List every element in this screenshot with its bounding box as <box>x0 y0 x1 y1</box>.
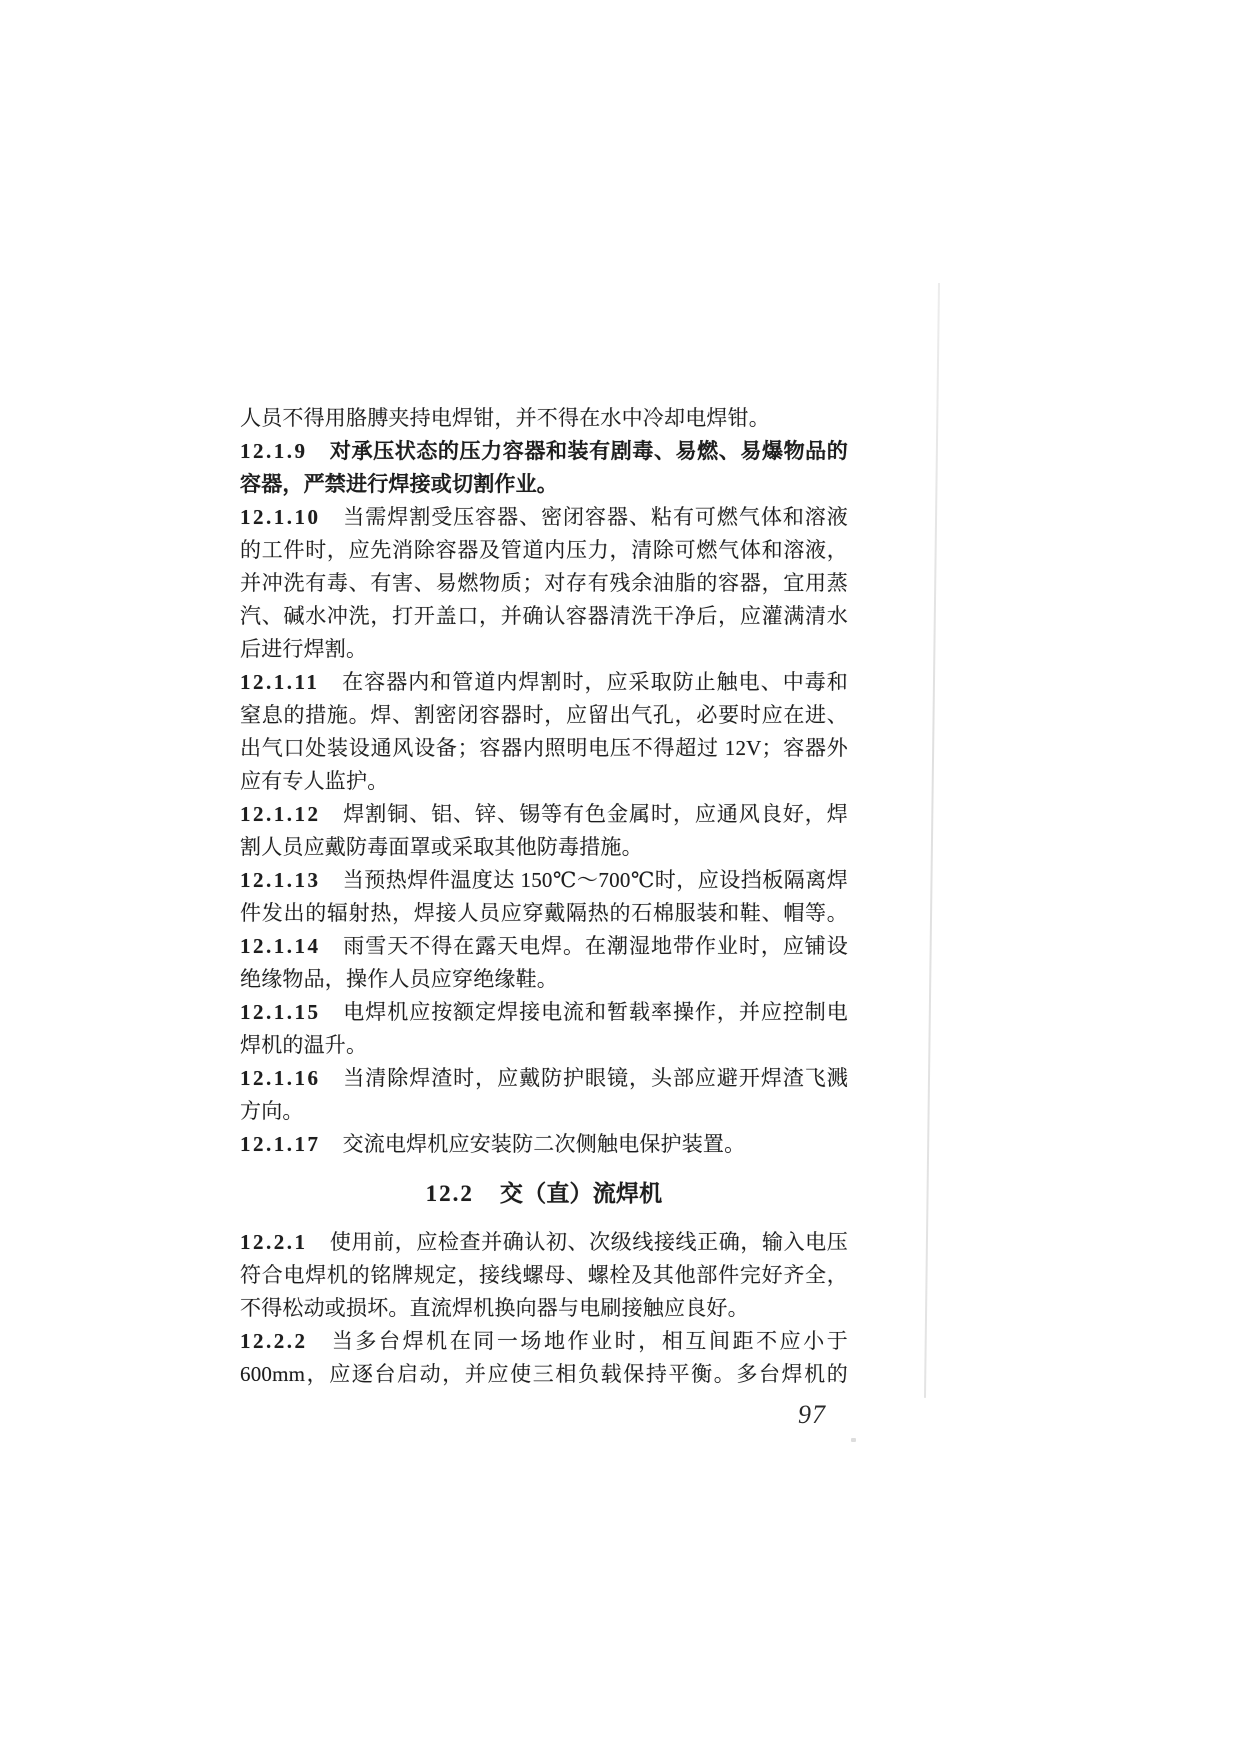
text-line: 不得松动或损坏。直流焊机换向器与电刷接触应良好。 <box>240 1292 848 1325</box>
text-line: 容器，严禁进行焊接或切割作业。 <box>240 468 848 501</box>
clause-number: 12.1.16 <box>240 1066 321 1090</box>
page-number: 97 <box>798 1400 858 1430</box>
clause-number: 12.2.2 <box>240 1329 308 1353</box>
line-text: 绝缘物品，操作人员应穿绝缘鞋。 <box>240 967 558 991</box>
clause-number: 12.1.12 <box>240 802 321 826</box>
text-line: 焊机的温升。 <box>240 1029 848 1062</box>
line-text: 当清除焊渣时，应戴防护眼镜，头部应避开焊渣飞溅 <box>343 1066 849 1090</box>
text-line: 方向。 <box>240 1095 848 1128</box>
line-text: 焊机的温升。 <box>240 1033 367 1057</box>
text-line: 600mm，应逐台启动，并应使三相负载保持平衡。多台焊机的 <box>240 1358 848 1391</box>
text-block: 人员不得用胳膊夹持电焊钳，并不得在水中冷却电焊钳。12.1.9对承压状态的压力容… <box>240 402 848 1391</box>
clause-number: 12.2.1 <box>240 1230 308 1254</box>
line-text: 窒息的措施。焊、割密闭容器时，应留出气孔，必要时应在进、 <box>240 703 848 727</box>
line-text: 人员不得用胳膊夹持电焊钳，并不得在水中冷却电焊钳。 <box>240 406 770 430</box>
line-text: 不得松动或损坏。直流焊机换向器与电刷接触应良好。 <box>240 1296 749 1320</box>
line-text: 雨雪天不得在露天电焊。在潮湿地带作业时，应铺设 <box>343 934 849 958</box>
line-text: 容器，严禁进行焊接或切割作业。 <box>240 472 558 496</box>
clause-number: 12.1.17 <box>240 1132 321 1156</box>
clause-line: 12.2.2当多台焊机在同一场地作业时，相互间距不应小于 <box>240 1325 848 1358</box>
text-line: 并冲洗有毒、有害、易燃物质；对存有残余油脂的容器，宜用蒸 <box>240 567 848 600</box>
text-line: 绝缘物品，操作人员应穿绝缘鞋。 <box>240 963 848 996</box>
clause-line: 12.1.11在容器内和管道内焊割时，应采取防止触电、中毒和 <box>240 666 848 699</box>
line-text: 对承压状态的压力容器和装有剧毒、易燃、易爆物品的 <box>330 439 849 463</box>
clause-number: 12.1.13 <box>240 868 321 892</box>
clause-line: 12.2.1使用前，应检查并确认初、次级线接线正确，输入电压 <box>240 1226 848 1259</box>
clause-number: 12.1.11 <box>240 670 319 694</box>
line-text: 交（直）流焊机 <box>500 1181 662 1206</box>
text-line: 窒息的措施。焊、割密闭容器时，应留出气孔，必要时应在进、 <box>240 699 848 732</box>
clause-number: 12.1.10 <box>240 505 321 529</box>
line-text: 符合电焊机的铭牌规定，接线螺母、螺栓及其他部件完好齐全， <box>240 1263 848 1287</box>
line-text: 在容器内和管道内焊割时，应采取防止触电、中毒和 <box>341 670 848 694</box>
text-line: 应有专人监护。 <box>240 765 848 798</box>
line-text: 电焊机应按额定焊接电流和暂载率操作，并应控制电 <box>343 1000 849 1024</box>
clause-line: 12.1.15电焊机应按额定焊接电流和暂载率操作，并应控制电 <box>240 996 848 1029</box>
text-line: 符合电焊机的铭牌规定，接线螺母、螺栓及其他部件完好齐全， <box>240 1259 848 1292</box>
line-text: 当预热焊件温度达 150℃～700℃时，应设挡板隔离焊 <box>343 868 849 892</box>
clause-line: 12.1.17交流电焊机应安装防二次侧触电保护装置。 <box>240 1128 848 1161</box>
clause-number: 12.1.9 <box>240 439 308 463</box>
line-text: 出气口处装设通风设备；容器内照明电压不得超过 12V；容器外 <box>240 736 848 760</box>
line-text: 焊割铜、铝、锌、锡等有色金属时，应通风良好，焊 <box>343 802 849 826</box>
line-text: 交流电焊机应安装防二次侧触电保护装置。 <box>343 1132 746 1156</box>
line-text: 后进行焊割。 <box>240 637 367 661</box>
clause-line: 12.1.14雨雪天不得在露天电焊。在潮湿地带作业时，应铺设 <box>240 930 848 963</box>
line-text: 的工件时，应先消除容器及管道内压力，清除可燃气体和溶液， <box>240 538 848 562</box>
scan-artifact-speck <box>851 1438 856 1442</box>
clause-number: 12.2 <box>426 1181 474 1206</box>
line-text: 应有专人监护。 <box>240 769 388 793</box>
text-line: 人员不得用胳膊夹持电焊钳，并不得在水中冷却电焊钳。 <box>240 402 848 435</box>
line-text: 件发出的辐射热，焊接人员应穿戴隔热的石棉服装和鞋、帽等。 <box>240 901 848 925</box>
text-line: 割人员应戴防毒面罩或采取其他防毒措施。 <box>240 831 848 864</box>
line-text: 当多台焊机在同一场地作业时，相互间距不应小于 <box>330 1329 849 1353</box>
line-text: 汽、碱水冲洗，打开盖口，并确认容器清洗干净后，应灌满清水 <box>240 604 848 628</box>
text-line: 的工件时，应先消除容器及管道内压力，清除可燃气体和溶液， <box>240 534 848 567</box>
clause-number: 12.1.15 <box>240 1000 321 1024</box>
line-text: 使用前，应检查并确认初、次级线接线正确，输入电压 <box>330 1230 849 1254</box>
line-text: 当需焊割受压容器、密闭容器、粘有可燃气体和溶液 <box>343 505 849 529</box>
clause-line: 12.1.13当预热焊件温度达 150℃～700℃时，应设挡板隔离焊 <box>240 864 848 897</box>
document-page: 人员不得用胳膊夹持电焊钳，并不得在水中冷却电焊钳。12.1.9对承压状态的压力容… <box>0 0 1240 1754</box>
text-line: 件发出的辐射热，焊接人员应穿戴隔热的石棉服装和鞋、帽等。 <box>240 897 848 930</box>
line-text: 600mm，应逐台启动，并应使三相负载保持平衡。多台焊机的 <box>240 1362 848 1386</box>
line-text: 方向。 <box>240 1099 304 1123</box>
line-text: 割人员应戴防毒面罩或采取其他防毒措施。 <box>240 835 643 859</box>
text-line: 出气口处装设通风设备；容器内照明电压不得超过 12V；容器外 <box>240 732 848 765</box>
line-text: 并冲洗有毒、有害、易燃物质；对存有残余油脂的容器，宜用蒸 <box>240 571 848 595</box>
text-line: 后进行焊割。 <box>240 633 848 666</box>
clause-line: 12.1.10当需焊割受压容器、密闭容器、粘有可燃气体和溶液 <box>240 501 848 534</box>
clause-line: 12.1.16当清除焊渣时，应戴防护眼镜，头部应避开焊渣飞溅 <box>240 1062 848 1095</box>
clause-line: 12.1.12焊割铜、铝、锌、锡等有色金属时，应通风良好，焊 <box>240 798 848 831</box>
scan-artifact-line <box>924 283 940 1398</box>
section-heading: 12.2交（直）流焊机 <box>240 1177 848 1210</box>
clause-number: 12.1.14 <box>240 934 321 958</box>
clause-line: 12.1.9对承压状态的压力容器和装有剧毒、易燃、易爆物品的 <box>240 435 848 468</box>
text-line: 汽、碱水冲洗，打开盖口，并确认容器清洗干净后，应灌满清水 <box>240 600 848 633</box>
